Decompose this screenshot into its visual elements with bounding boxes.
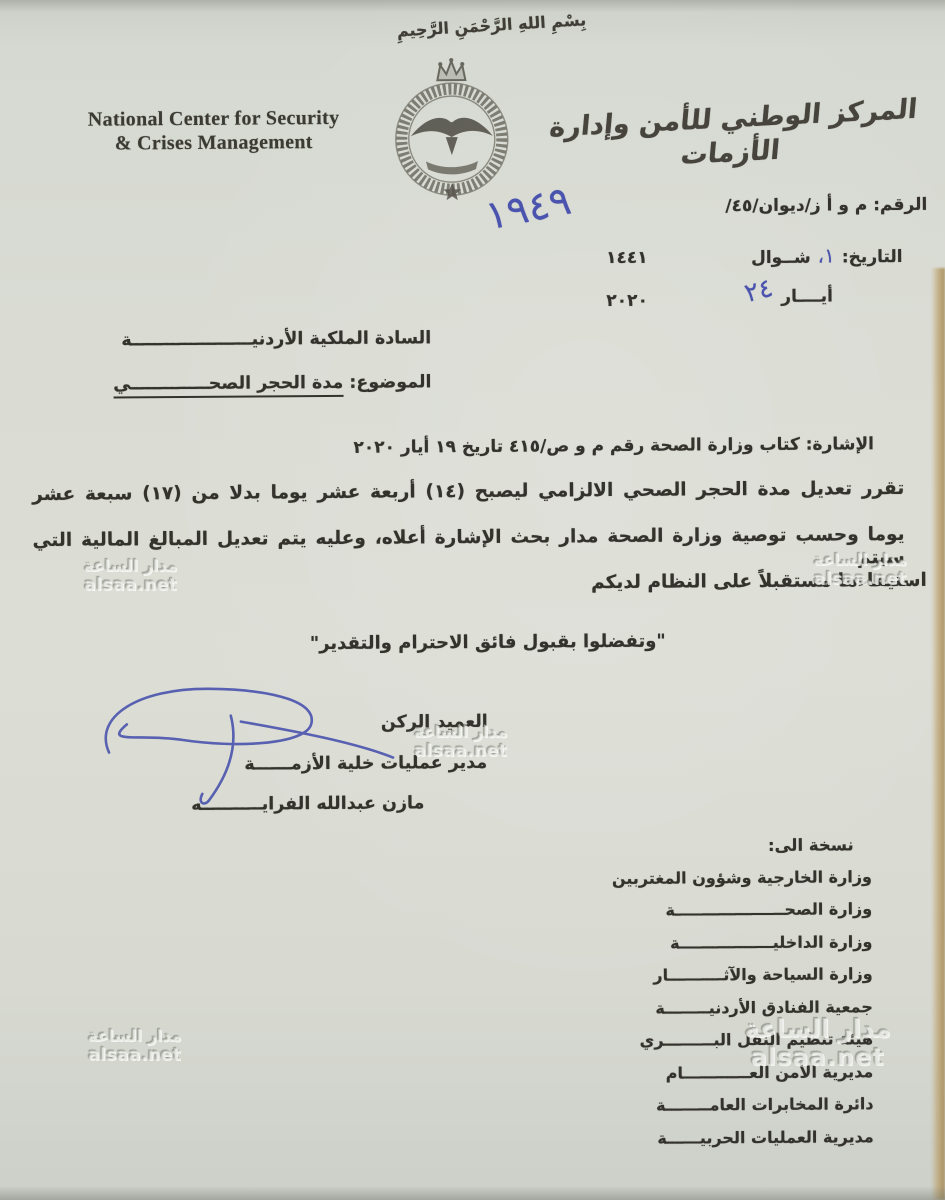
distribution-item: وزارة الداخليـــــــــــــــــة <box>612 932 872 966</box>
distribution-item: وزارة الصحــــــــــــــــــــة <box>612 899 872 933</box>
subject-text: مدة الحجر الصحـــــــــــــي <box>113 373 343 399</box>
jordan-crest-emblem-logo <box>384 56 520 203</box>
reference-line: الإشارة: كتاب وزارة الصحة رقم م و ص/٤١٥ … <box>353 434 874 459</box>
distribution-item: وزارة السياحة والآثــــــــــار <box>613 964 873 998</box>
body-line-3: استيفاءها مستقبلاً على النظام لديكم <box>33 569 927 621</box>
org-name-arabic-calligraphy: المركز الوطني للأمن وإدارة الأزمات <box>534 92 930 180</box>
org-name-english-line1: National Center for Security <box>49 107 379 133</box>
eagle-icon <box>411 118 493 175</box>
signatory-name: مازن عبدالله الفرايــــــــــه <box>109 793 424 817</box>
addressee-line: السادة الملكية الأردنيــــــــــــــــــ… <box>26 328 431 353</box>
date-label: التاريخ: <box>842 247 903 269</box>
ref-number-line: الرقم: م و أ ز/ديوان/٤٥/ <box>725 195 927 218</box>
subject-line: الموضوع: مدة الحجر الصحـــــــــــــي <box>26 372 431 397</box>
gregorian-year: ٢٠٢٠ <box>606 291 648 313</box>
crown-icon <box>437 58 465 80</box>
distribution-item: جمعية الفنادق الأردنيــــــــة <box>613 997 873 1031</box>
distribution-item: دائرة المخابرات العامــــــــة <box>613 1094 873 1128</box>
letter-content: بِسْمِ اللهِ الرَّحْمَنِ الرَّحِيمِ Nati… <box>0 0 945 1200</box>
distribution-item: مديرية العمليات الحربيــــــة <box>614 1127 874 1161</box>
body-paragraph: تقرر تعديل مدة الحجر الصحي الالزامي ليصب… <box>32 477 905 621</box>
subject-label: الموضوع: <box>349 372 431 393</box>
distribution-item: هيئة تنظيم النقل البـــــــــري <box>613 1029 873 1063</box>
hijri-year: ١٤٤١ <box>606 248 648 270</box>
hijri-date-line: التاريخ: ١، شــوال <box>751 243 903 269</box>
hijri-month: شــوال <box>751 248 811 270</box>
body-line-2: يوما وحسب توصية وزارة الصحة مدار بحث الإ… <box>32 523 904 575</box>
closing-salutation: "وتفضلوا بقبول فائق الاحترام والتقدير" <box>280 630 695 655</box>
scanned-letter-page: بِسْمِ اللهِ الرَّحْمَنِ الرَّحِيمِ Nati… <box>0 0 945 1200</box>
body-line-1: تقرر تعديل مدة الحجر الصحي الالزامي ليصب… <box>32 477 904 529</box>
distribution-item: وزارة الخارجية وشؤون المغتربين <box>612 867 872 901</box>
bismillah-calligraphy: بِسْمِ اللهِ الرَّحْمَنِ الرَّحِيمِ <box>384 9 600 42</box>
distribution-label: نسخة الى: <box>612 835 854 857</box>
distribution-list: نسخة الى: وزارة الخارجية وشؤون المغتربين… <box>612 835 874 1161</box>
distribution-item: مديرية الأمن العــــــــــــام <box>613 1062 873 1096</box>
signatory-title: مدير عمليات خلية الأزمــــــة <box>109 753 487 778</box>
handwritten-gregorian-day: ٢٤ <box>742 273 777 309</box>
org-name-english-line2: & Crises Management <box>49 130 379 156</box>
gregorian-month: أيــــار <box>781 286 833 308</box>
org-name-english: National Center for Security & Crises Ma… <box>49 107 379 156</box>
signatory-rank: العميد الركن <box>381 711 561 734</box>
handwritten-hijri-day: ١، <box>818 243 835 267</box>
